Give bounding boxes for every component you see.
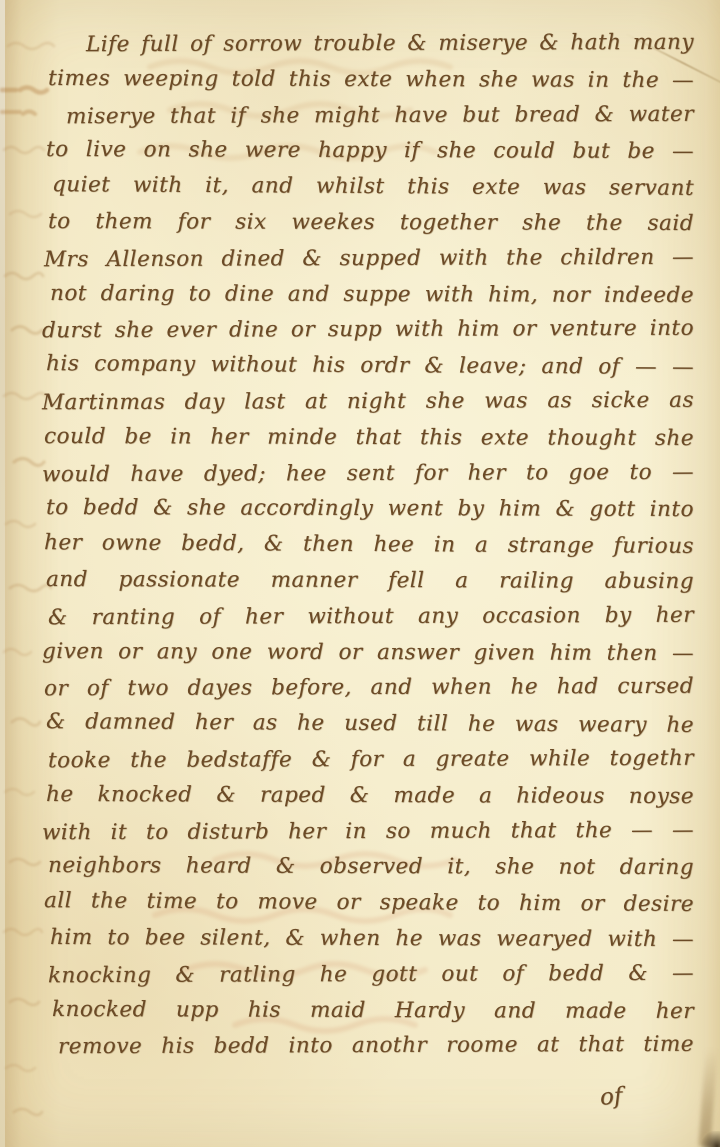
manuscript-line: her owne bedd, & then hee in a strange f… xyxy=(44,525,694,565)
manuscript-line: or of two dayes before, and when he had … xyxy=(44,669,694,707)
manuscript-line: quiet with it, and whilst this exte was … xyxy=(52,167,694,206)
manuscript-line: to live on she were happy if she could b… xyxy=(46,132,694,170)
manuscript-line: knocking & ratling he gott out of bedd &… xyxy=(48,955,694,993)
manuscript-page: Life full of sorrow trouble & miserye & … xyxy=(0,0,720,1147)
manuscript-line: to them for six weekes together she the … xyxy=(48,204,694,242)
manuscript-line: his company without his ordr & leave; an… xyxy=(46,346,694,386)
manuscript-line: not daring to dine and suppe with him, n… xyxy=(50,276,694,314)
manuscript-line: him to bee silent, & when he was wearyed… xyxy=(50,920,694,958)
manuscript-line: Life full of sorrow trouble & miserye & … xyxy=(86,25,694,63)
manuscript-line: would have dyed; hee sent for her to goe… xyxy=(42,454,694,492)
manuscript-line: miserye that if she might have but bread… xyxy=(66,96,694,134)
manuscript-line: knocked upp his maid Hardy and made her xyxy=(52,992,694,1030)
manuscript-line: durst she ever dine or supp with him or … xyxy=(42,311,694,349)
manuscript-line: and passionate manner fell a railing abu… xyxy=(46,562,694,600)
manuscript-text-block: Life full of sorrow trouble & miserye & … xyxy=(42,26,694,1064)
manuscript-line: tooke the bedstaffe & for a greate while… xyxy=(48,741,694,779)
manuscript-line: he knocked & raped & made a hideous noys… xyxy=(46,777,694,815)
manuscript-line: all the time to move or speake to him or… xyxy=(44,883,694,923)
page-edge-sliver xyxy=(0,0,5,1147)
manuscript-line: with it to disturb her in so much that t… xyxy=(42,812,694,850)
manuscript-line: & ranting of her without any occasion by… xyxy=(48,598,694,636)
manuscript-line: given or any one word or answer given hi… xyxy=(42,634,694,672)
corner-shade xyxy=(700,1131,720,1147)
manuscript-line: Martinmas day last at night she was as s… xyxy=(42,383,694,421)
manuscript-line: Mrs Allenson dined & supped with the chi… xyxy=(44,240,694,278)
manuscript-line: times weeping told this exte when she wa… xyxy=(48,61,694,99)
manuscript-line: neighbors heard & observed it, she not d… xyxy=(48,848,694,886)
manuscript-line: & damned her as he used till he was wear… xyxy=(46,704,694,744)
manuscript-line: could be in her minde that this exte tho… xyxy=(44,419,694,457)
catchword: of xyxy=(599,1083,623,1110)
manuscript-line: remove his bedd into anothr roome at tha… xyxy=(58,1027,694,1065)
manuscript-line: to bedd & she accordingly went by him & … xyxy=(46,490,694,528)
